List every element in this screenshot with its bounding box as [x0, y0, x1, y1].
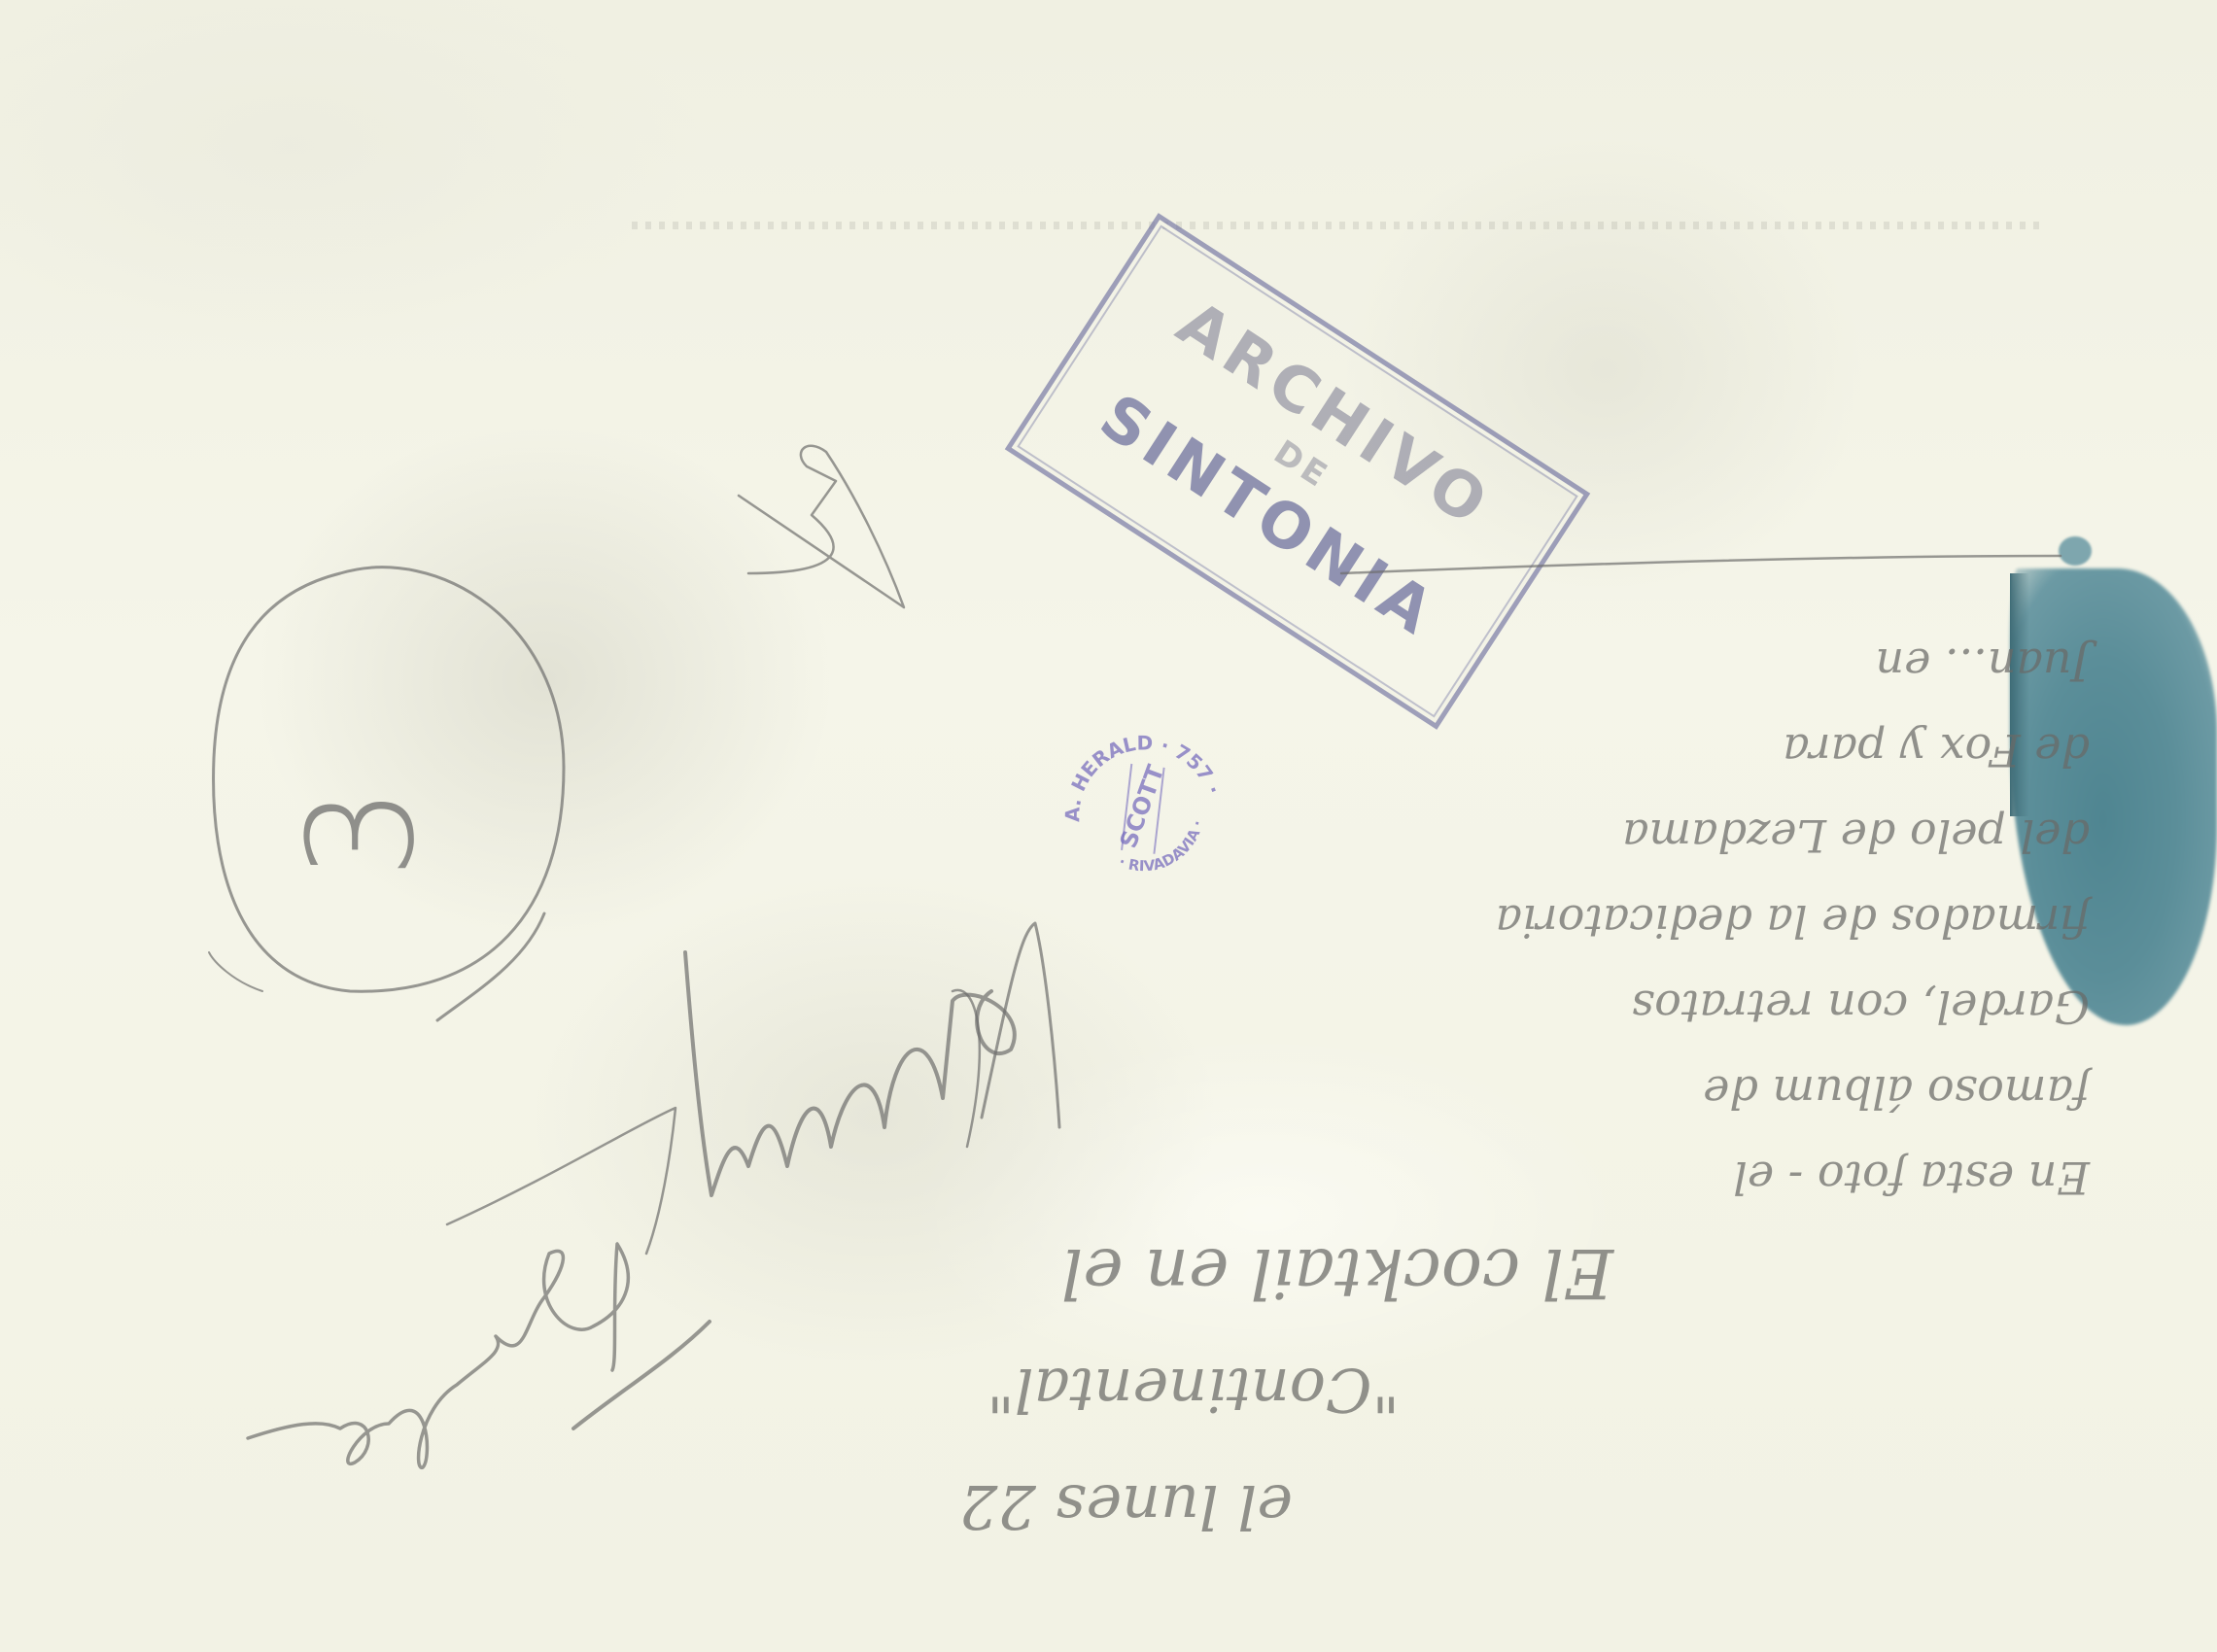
- inverted-caption: el lunes 22 "Continental" El cocktail en…: [603, 1215, 1613, 1565]
- scan-artifact-line: [632, 222, 2041, 229]
- note-line: del pelo de Lezdama: [1312, 793, 2090, 878]
- note-line: Juan... en: [1312, 622, 2090, 707]
- note-line: firmados de la dedicatoria: [1312, 878, 2090, 964]
- caption-line-1: El cocktail en el: [603, 1215, 1613, 1331]
- caption-line-3: el lunes 22: [603, 1448, 1613, 1565]
- note-line: famoso álbum de: [1312, 1050, 2090, 1135]
- pencil-rule-line: [1341, 544, 2080, 588]
- signature-1: [437, 904, 1118, 1258]
- note-line: En esta foto - el: [1312, 1135, 2090, 1221]
- note-line: de Fox y para: [1312, 707, 2090, 793]
- note-line: Gardel, con retratos: [1312, 964, 2090, 1050]
- pencil-check-mark: [729, 428, 923, 627]
- inverted-note: En esta foto - el famoso álbum de Gardel…: [1312, 622, 2090, 1221]
- circled-number-text: 3: [278, 786, 447, 878]
- caption-line-2: "Continental": [603, 1331, 1613, 1448]
